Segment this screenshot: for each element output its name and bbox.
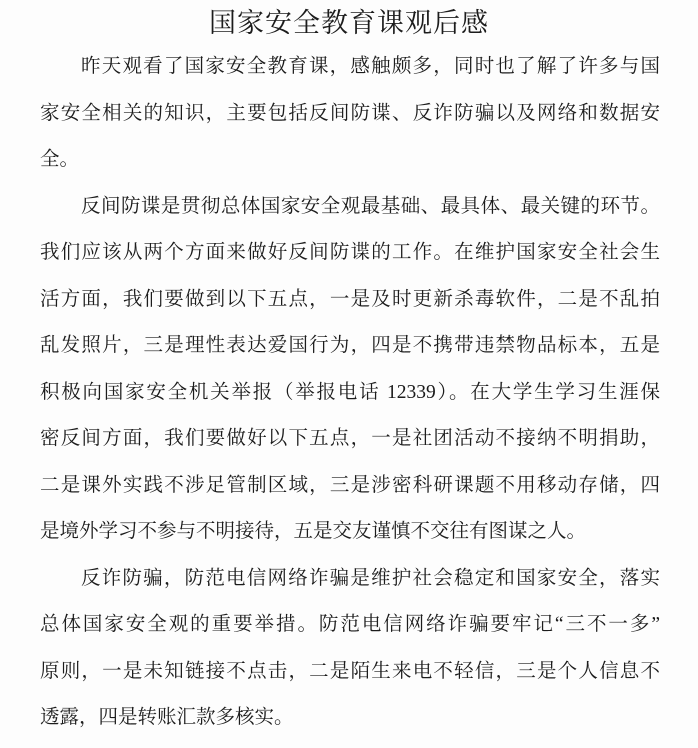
paragraph: 昨天观看了国家安全教育课，感触颇多，同时也了解了许多与国家安全相关的知识，主要包…: [40, 44, 660, 184]
text-line: 家安全相关的知识，主要包括反间防谍、反诈防骗以及网络和数据安: [40, 91, 660, 138]
paragraph: 反间防谍是贯彻总体国家安全观最基础、最具体、最关键的环节。我们应该从两个方面来做…: [40, 184, 660, 556]
text-line: 透露，四是转账汇款多核实。: [40, 695, 660, 742]
text-line: 全。: [40, 137, 660, 184]
text-line: 总体国家安全观的重要举措。防范电信网络诈骗要牢记“三不一多”: [40, 602, 660, 649]
text-line: 乱发照片，三是理性表达爱国行为，四是不携带违禁物品标本，五是: [40, 323, 660, 370]
text-line: 昨天观看了国家安全教育课，感触颇多，同时也了解了许多与国: [40, 44, 660, 91]
text-line: 原则，一是未知链接不点击，二是陌生来电不轻信，三是个人信息不: [40, 649, 660, 696]
text-line: 密反间方面，我们要做好以下五点，一是社团活动不接纳不明捐助，: [40, 416, 660, 463]
text-line: 反诈防骗，防范电信网络诈骗是维护社会稳定和国家安全，落实: [40, 556, 660, 603]
document-page: 国家安全教育课观后感 昨天观看了国家安全教育课，感触颇多，同时也了解了许多与国家…: [0, 0, 698, 748]
document-body: 昨天观看了国家安全教育课，感触颇多，同时也了解了许多与国家安全相关的知识，主要包…: [40, 44, 660, 742]
text-line: 积极向国家安全机关举报（举报电话 12339）。在大学生学习生涯保: [40, 370, 660, 417]
text-line: 反间防谍是贯彻总体国家安全观最基础、最具体、最关键的环节。: [40, 184, 660, 231]
text-line: 活方面，我们要做到以下五点，一是及时更新杀毒软件，二是不乱拍: [40, 277, 660, 324]
text-line: 二是课外实践不涉足管制区域，三是涉密科研课题不用移动存储，四: [40, 463, 660, 510]
text-line: 是境外学习不参与不明接待，五是交友谨慎不交往有图谋之人。: [40, 509, 660, 556]
text-line: 我们应该从两个方面来做好反间防谍的工作。在维护国家安全社会生: [40, 230, 660, 277]
document-title: 国家安全教育课观后感: [0, 5, 698, 44]
paragraph: 反诈防骗，防范电信网络诈骗是维护社会稳定和国家安全，落实总体国家安全观的重要举措…: [40, 556, 660, 742]
